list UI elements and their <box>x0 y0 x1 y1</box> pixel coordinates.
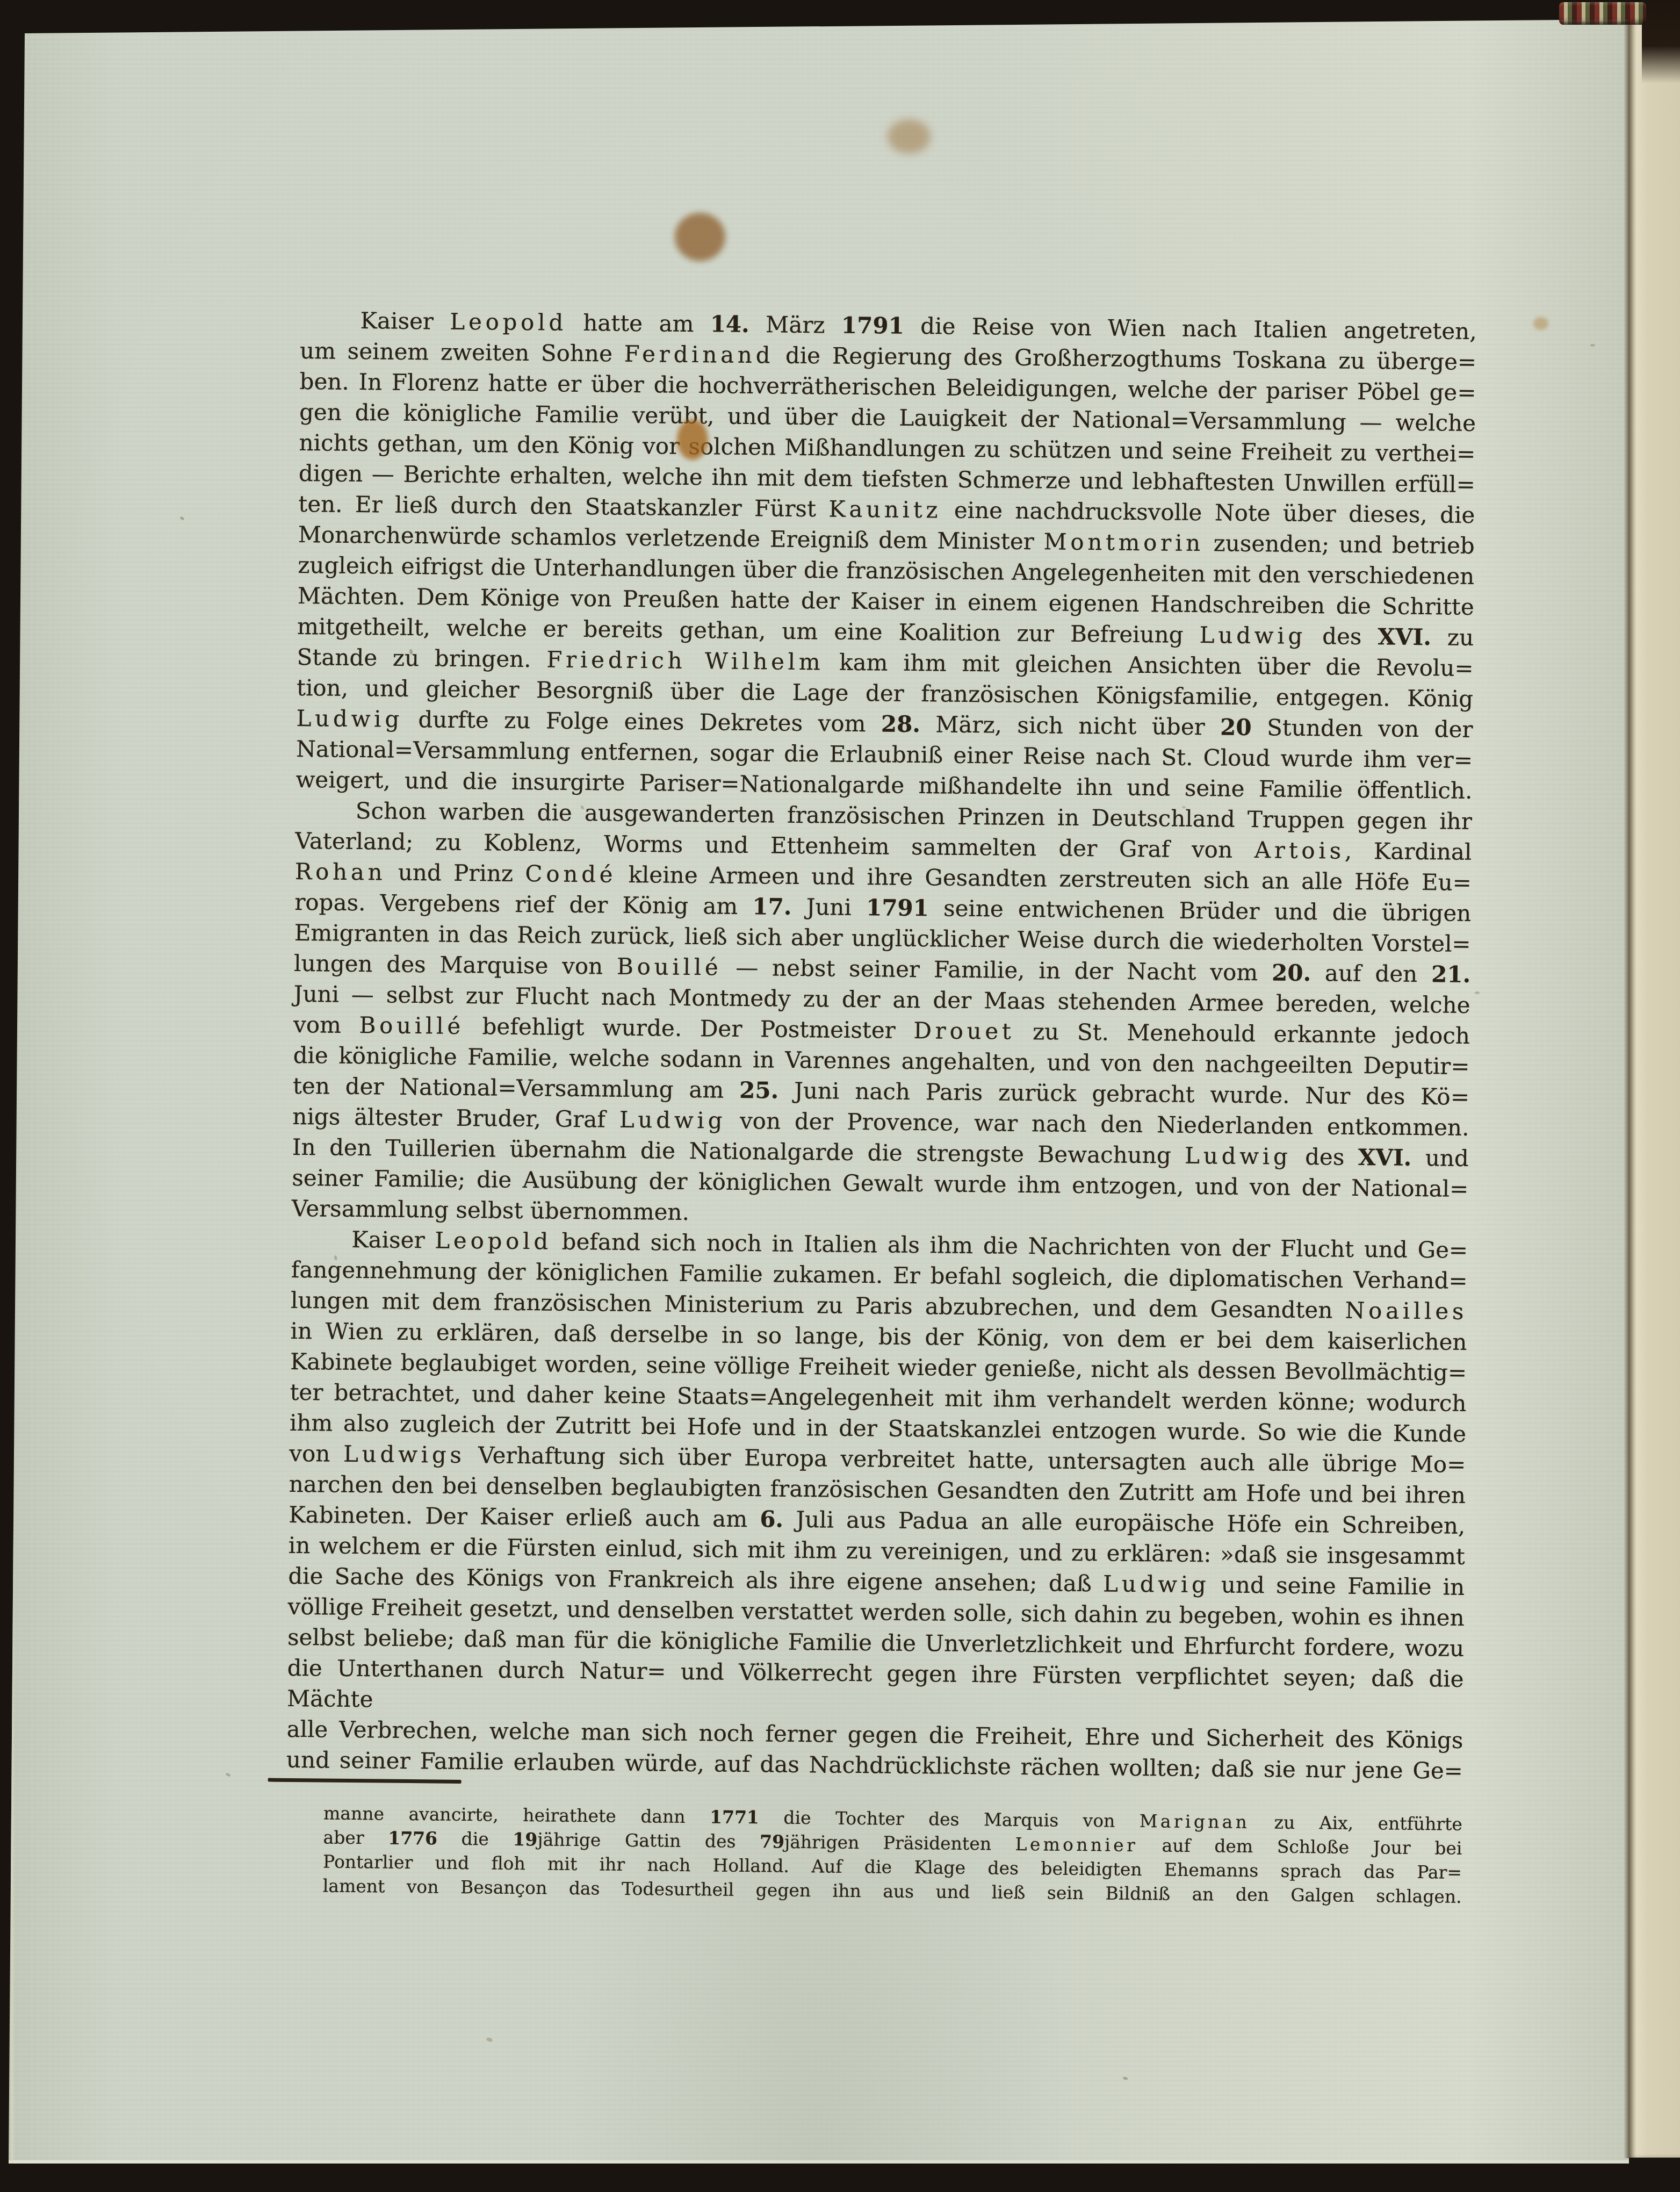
text-line: die Unterthanen durch Natur= und Völkerr… <box>287 1652 1464 1725</box>
book-headband <box>1559 2 1646 25</box>
footnote-separator-rule <box>268 1778 462 1784</box>
book-page-paper: Kaiser Leopold hatte am 14. März 1791 di… <box>8 19 1629 2164</box>
binding-shadow <box>1642 0 1680 83</box>
footnote-text: manne avancirte, heirathete dann 1771 di… <box>323 1801 1463 1909</box>
adjacent-page-edge <box>1629 21 1680 2158</box>
main-text: Kaiser Leopold hatte am 14. März 1791 di… <box>286 305 1477 1786</box>
page-text-block: Kaiser Leopold hatte am 14. März 1791 di… <box>285 305 1477 1909</box>
page-gutter-fold <box>1624 20 1629 2158</box>
footnote-paragraph: manne avancirte, heirathete dann 1771 di… <box>323 1801 1463 1909</box>
paragraph: Kaiser Leopold befand sich noch in Itali… <box>286 1224 1468 1786</box>
scanned-book-page: Kaiser Leopold hatte am 14. März 1791 di… <box>0 0 1680 2192</box>
paragraph: Schon warben die ausgewanderten französi… <box>292 795 1473 1235</box>
paragraph: Kaiser Leopold hatte am 14. März 1791 di… <box>295 305 1477 806</box>
